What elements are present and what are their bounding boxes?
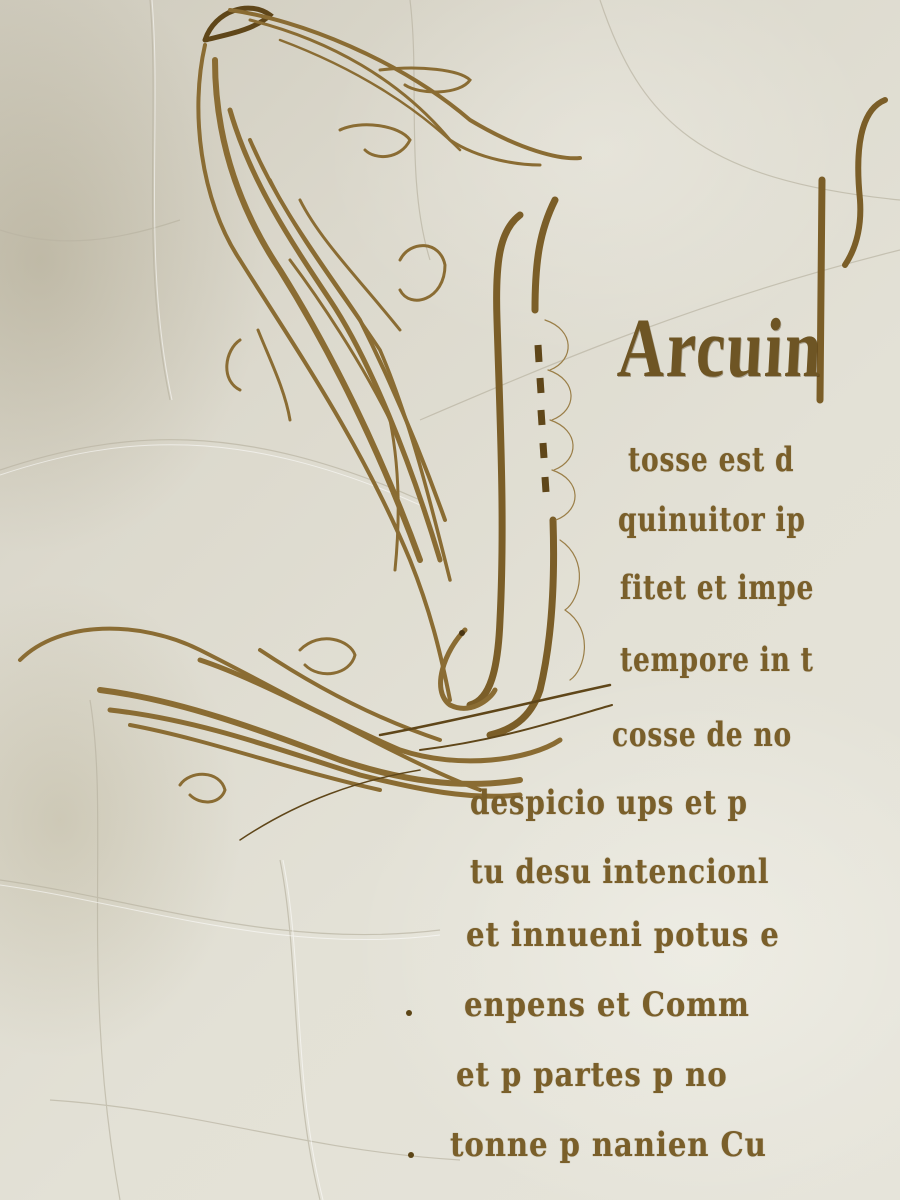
text-line-1: tosse est d xyxy=(628,440,794,480)
text-line-3: fitet et impe xyxy=(620,568,814,608)
text-line-7: tu desu intencionl xyxy=(470,852,769,892)
manuscript-text: Arcuin tosse est d quinuitor ip fitet et… xyxy=(0,0,900,1200)
text-line-5: cosse de no xyxy=(612,715,792,755)
display-line: Arcuin xyxy=(615,300,825,397)
text-line-4: tempore in t xyxy=(620,640,814,680)
text-line-6: despicio ups et p xyxy=(470,783,748,823)
ink-spot xyxy=(406,1010,412,1016)
text-line-8: et innueni potus e xyxy=(466,915,780,955)
text-line-2: quinuitor ip xyxy=(618,500,806,540)
text-line-11: tonne p nanien Cu xyxy=(450,1125,767,1165)
ink-spot xyxy=(408,1152,414,1158)
text-line-10: et p partes p no xyxy=(456,1055,728,1095)
text-line-9: enpens et Comm xyxy=(464,985,750,1025)
